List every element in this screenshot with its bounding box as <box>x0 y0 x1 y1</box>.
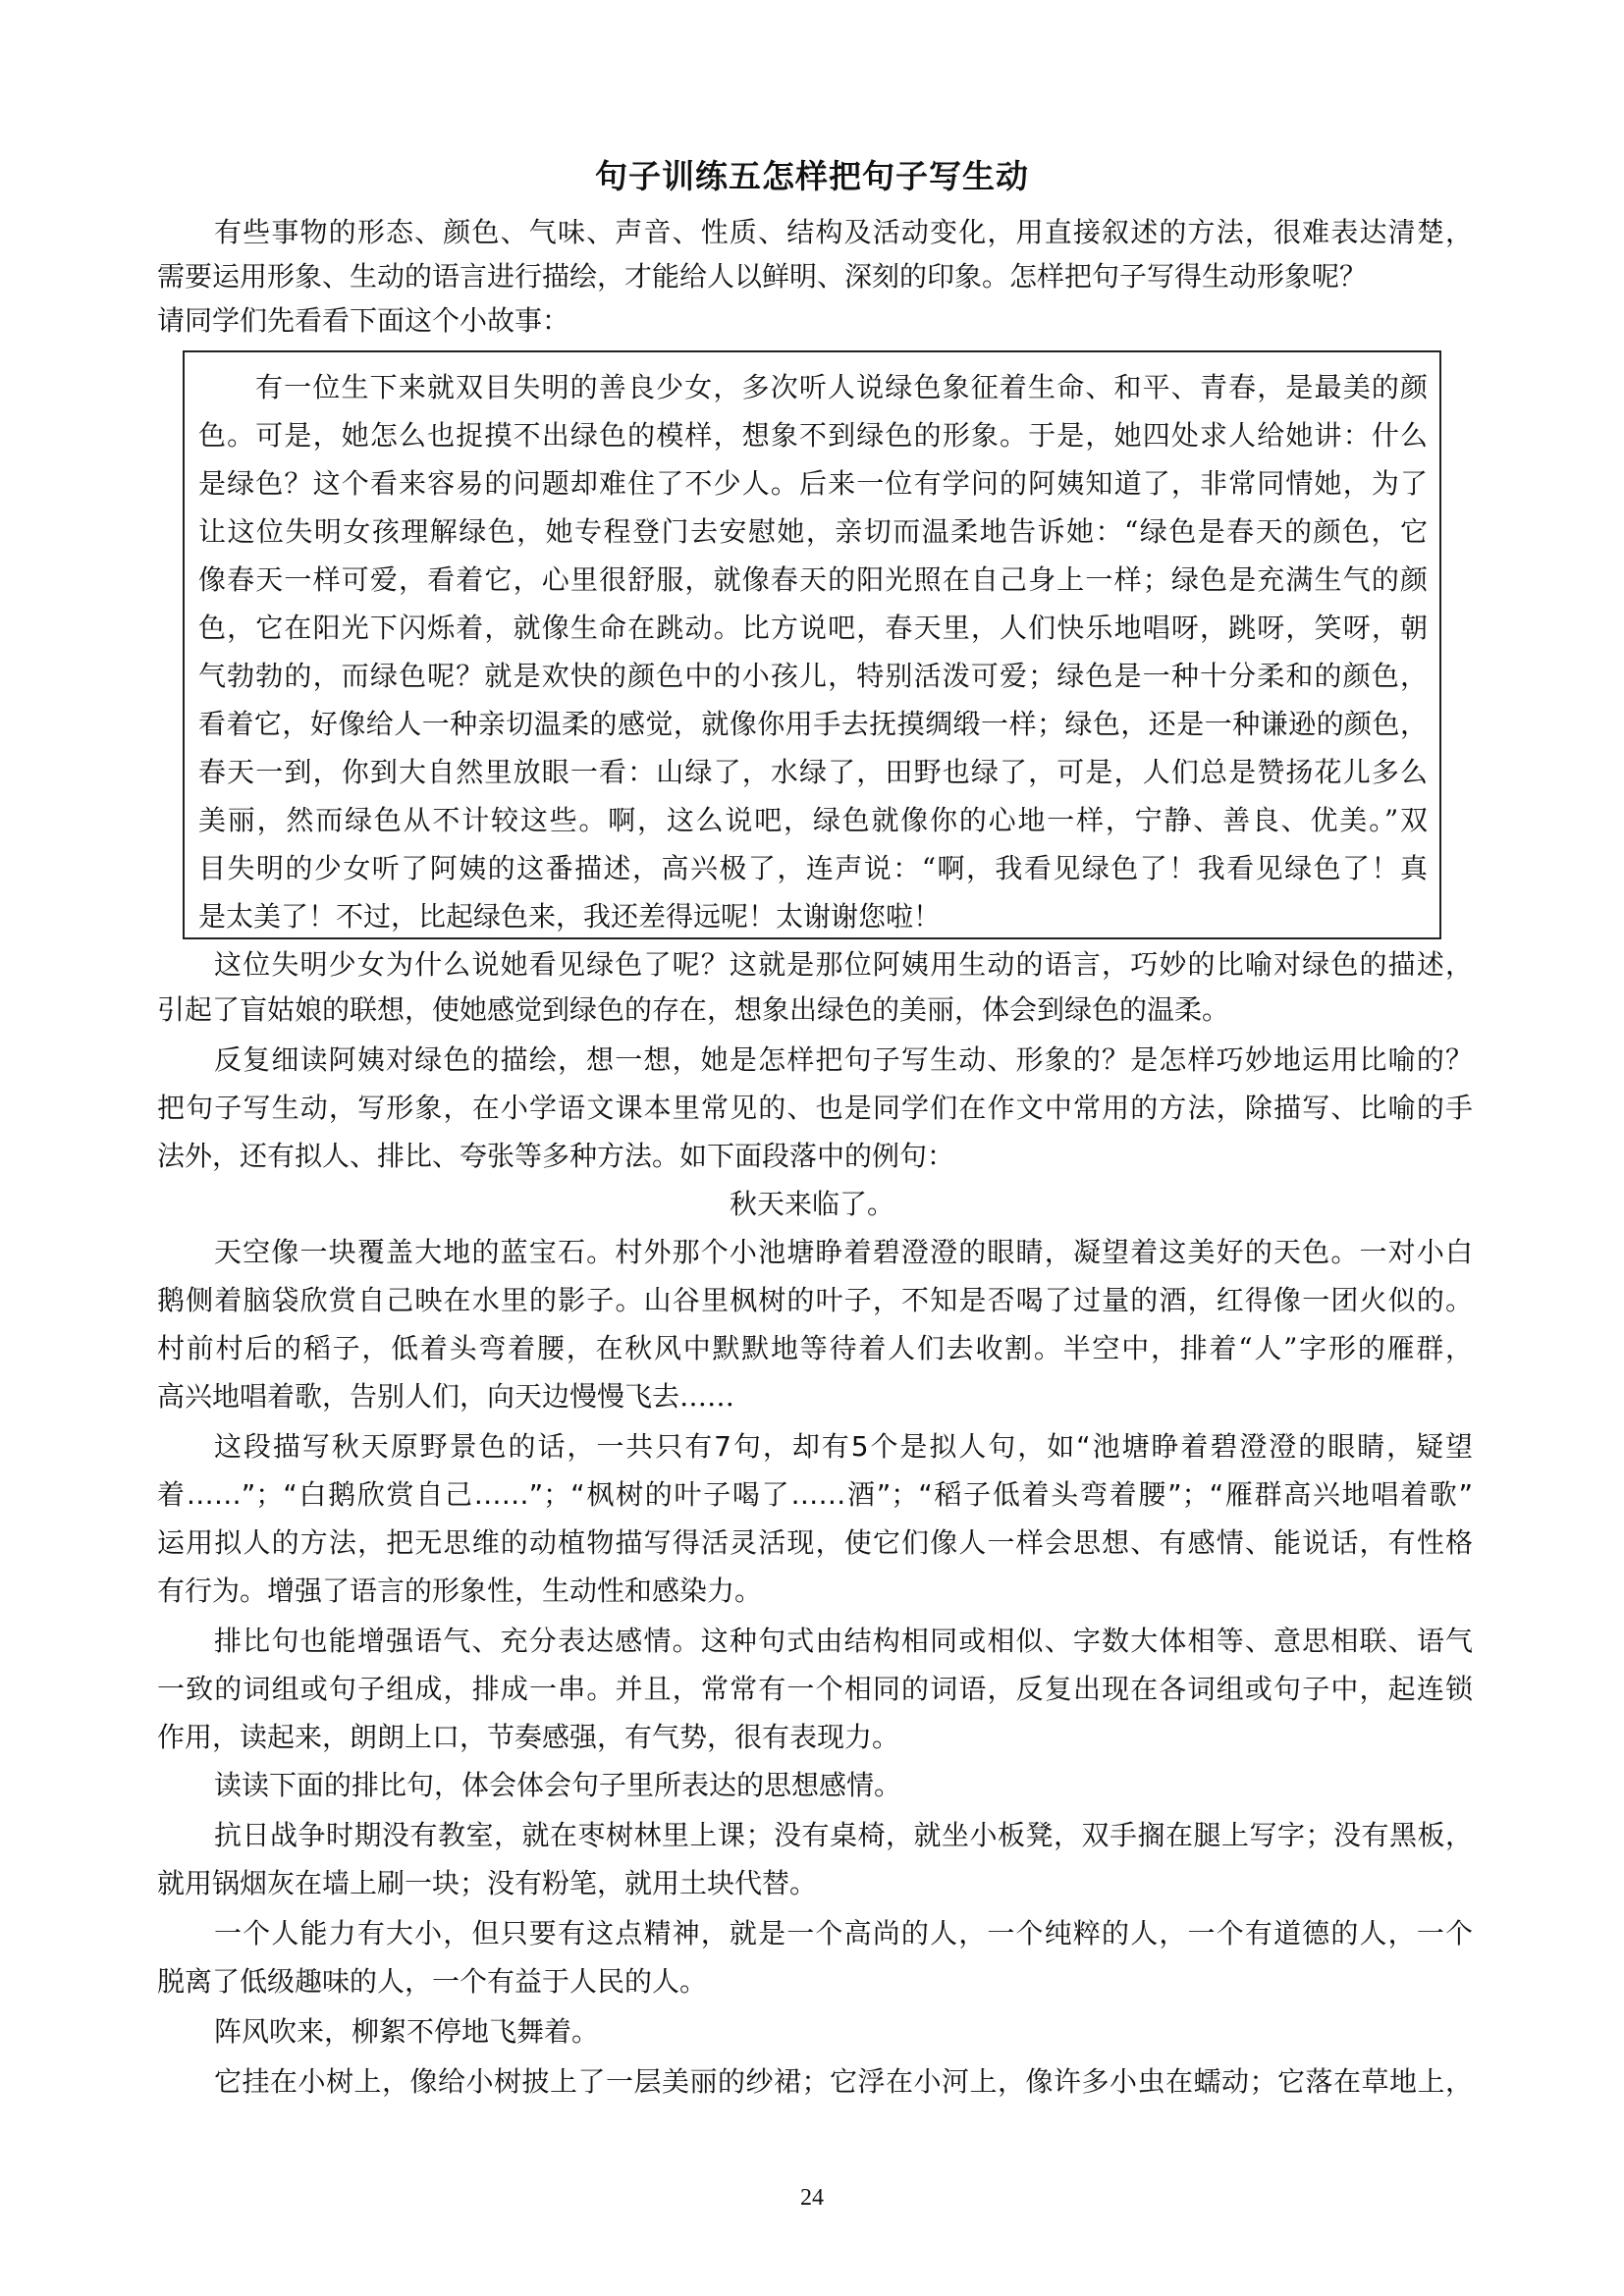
story-line: 像春天一样可爱，看着它，心里很舒服，就像春天的阳光照在自己身上一样；绿色是充满生… <box>198 563 1428 597</box>
personification-line: 着……”；“白鹅欣赏自己……”；“枫树的叶子喝了……酒”；“稻子低着头弯着腰”；… <box>157 1478 1473 1512</box>
document-page: 句子训练五怎样把句子写生动 有些事物的形态、颜色、气味、声音、性质、结构及活动变… <box>0 0 1624 2296</box>
story-line: 气勃勃的，而绿色呢？就是欢快的颜色中的小孩儿，特别活泼可爱；绿色是一种十分柔和的… <box>198 660 1428 693</box>
analysis-line: 反复细读阿姨对绿色的描绘，想一想，她是怎样把句子写生动、形象的？是怎样巧妙地运用… <box>214 1043 1473 1077</box>
intro-line: 有些事物的形态、颜色、气味、声音、性质、结构及活动变化，用直接叙述的方法，很难表… <box>214 216 1473 249</box>
example-1-line: 就用锅烟灰在墙上刷一块；没有粉笔，就用土块代替。 <box>157 1867 1473 1900</box>
story-line: 色，它在阳光下闪烁着，就像生命在跳动。比方说吧，春天里，人们快乐地唱呀，跳呀，笑… <box>198 612 1428 645</box>
story-line: 目失明的少女听了阿姨的这番描述，高兴极了，连声说：“啊，我看见绿色了！我看见绿色… <box>198 852 1428 885</box>
story-line: 春天一到，你到大自然里放眼一看：山绿了，水绿了，田野也绿了，可是，人们总是赞扬花… <box>198 756 1428 789</box>
analysis-line: 法外，还有拟人、排比、夸张等多种方法。如下面段落中的例句： <box>157 1140 1473 1173</box>
story-line: 是绿色？这个看来容易的问题却难住了不少人。后来一位有学问的阿姨知道了，非常同情她… <box>198 467 1428 501</box>
page-number: 24 <box>0 2185 1624 2212</box>
analysis-line: 把句子写生动，写形象，在小学语文课本里常见的、也是同学们在作文中常用的方法，除描… <box>157 1092 1473 1125</box>
parallelism-line: 一致的词组或句子组成，排成一串。并且，常常有一个相同的词语，反复出现在各词组或句… <box>157 1673 1473 1706</box>
autumn-line: 鹅侧着脑袋欣赏自己映在水里的影子。山谷里枫树的叶子，不知是否喝了过量的酒，红得像… <box>157 1284 1473 1317</box>
personification-line: 有行为。增强了语言的形象性，生动性和感染力。 <box>157 1575 1473 1608</box>
personification-line: 运用拟人的方法，把无思维的动植物描写得活灵活现，使它们像人一样会思想、有感情、能… <box>157 1526 1473 1560</box>
example-2-line: 一个人能力有大小，但只要有这点精神，就是一个高尚的人，一个纯粹的人，一个有道德的… <box>214 1917 1473 1950</box>
parallelism-line: 排比句也能增强语气、充分表达感情。这种句式由结构相同或相似、字数大体相等、意思相… <box>214 1625 1473 1658</box>
parallelism-prompt: 读读下面的排比句，体会体会句子里所表达的思想感情。 <box>214 1769 1473 1802</box>
example-3-intro: 阵风吹来，柳絮不停地飞舞着。 <box>214 2015 1473 2049</box>
parallelism-line: 作用，读起来，朗朗上口，节奏感强，有气势，很有表现力。 <box>157 1721 1473 1754</box>
story-line: 看着它，好像给人一种亲切温柔的感觉，就像你用手去抚摸绸缎一样；绿色，还是一种谦逊… <box>198 708 1428 741</box>
story-line: 让这位失明女孩理解绿色，她专程登门去安慰她，亲切而温柔地告诉她：“绿色是春天的颜… <box>198 515 1428 549</box>
page-title: 句子训练五怎样把句子写生动 <box>0 157 1624 196</box>
autumn-line: 高兴地唱着歌，告别人们，向天边慢慢飞去…… <box>157 1380 1473 1414</box>
autumn-line: 村前村后的稻子，低着头弯着腰，在秋风中默默地等待着人们去收割。半空中，排着“人”… <box>157 1332 1473 1365</box>
story-line: 有一位生下来就双目失明的善良少女，多次听人说绿色象征着生命、和平、青春，是最美的… <box>255 371 1428 404</box>
intro-line: 请同学们先看看下面这个小故事： <box>157 304 1473 338</box>
example-heading: 秋天来临了。 <box>0 1188 1624 1221</box>
story-line: 美丽，然而绿色从不计较这些。啊，这么说吧，绿色就像你的心地一样，宁静、善良、优美… <box>198 804 1428 837</box>
story-line: 色。可是，她怎么也捉摸不出绿色的模样，想象不到绿色的形象。于是，她四处求人给她讲… <box>198 419 1428 453</box>
analysis-line: 引起了盲姑娘的联想，使她感觉到绿色的存在，想象出绿色的美丽，体会到绿色的温柔。 <box>157 993 1473 1027</box>
analysis-line: 这位失明少女为什么说她看见绿色了呢？这就是那位阿姨用生动的语言，巧妙的比喻对绿色… <box>214 948 1473 982</box>
example-1-line: 抗日战争时期没有教室，就在枣树林里上课；没有桌椅，就坐小板凳，双手搁在腿上写字；… <box>214 1819 1473 1852</box>
personification-line: 这段描写秋天原野景色的话，一共只有7句，却有5个是拟人句，如“池塘睁着碧澄澄的眼… <box>214 1430 1473 1464</box>
example-3-line: 它挂在小树上，像给小树披上了一层美丽的纱裙；它浮在小河上，像许多小虫在蠕动；它落… <box>214 2065 1473 2099</box>
autumn-line: 天空像一块覆盖大地的蓝宝石。村外那个小池塘睁着碧澄澄的眼睛，凝望着这美好的天色。… <box>214 1236 1473 1269</box>
example-2-line: 脱离了低级趣味的人，一个有益于人民的人。 <box>157 1965 1473 1999</box>
intro-line: 需要运用形象、生动的语言进行描绘，才能给人以鲜明、深刻的印象。怎样把句子写得生动… <box>157 260 1473 294</box>
story-line: 是太美了！不过，比起绿色来，我还差得远呢！太谢谢您啦！ <box>198 900 1428 934</box>
